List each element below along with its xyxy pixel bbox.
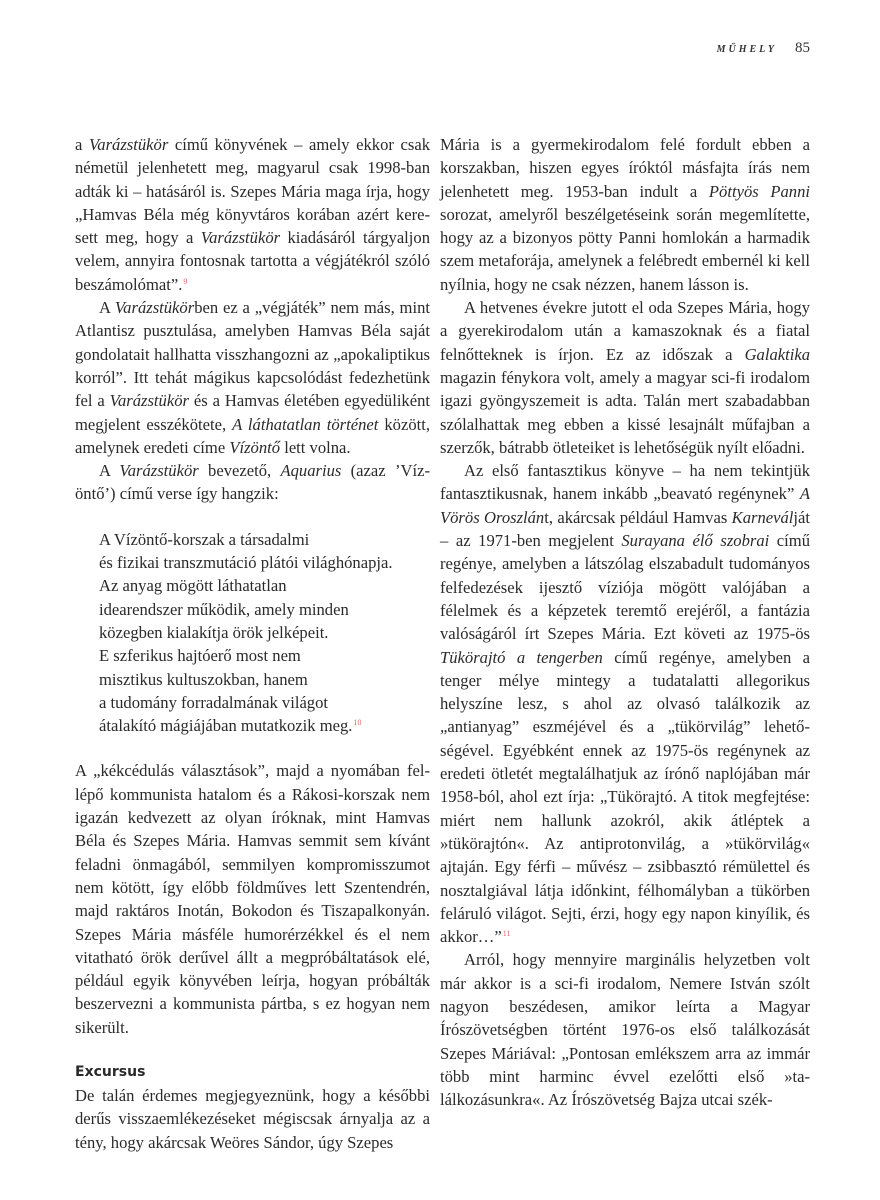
italic-title: Surayana élő szobrai [621,531,769,550]
paragraph: Az első fantasztikus könyve – ha nem tek… [440,459,810,948]
paragraph: A hetvenes évekre jutott el oda Szepes M… [440,296,810,459]
paragraph: A Varázstükör bevezető, Aquarius (azaz ’… [75,459,430,506]
left-column: a Varázstükör című könyvének – amely ekk… [75,133,430,1154]
paragraph: A „kékcédulás választások”, majd a nyomá… [75,759,430,1039]
footnote-marker[interactable]: 10 [353,718,361,727]
paragraph: a Varázstükör című könyvének – amely ekk… [75,133,430,296]
poem-quote: A Vízöntő-korszak a társadalmi és fizika… [99,528,430,738]
right-column: Mária is a gyermekirodalom felé fordult … [440,133,810,1111]
italic-title: Karnevál [732,508,794,527]
subheading: Excursus [75,1061,430,1084]
italic-title: Vízöntő [229,438,280,457]
poem-line: A Vízöntő-korszak a társadalmi [99,528,430,551]
section-title: MŰHELY [717,44,777,55]
paragraph: De talán érdemes megjegyeznünk, hogy a k… [75,1084,430,1154]
italic-title: Varázstükör [119,461,198,480]
italic-title: Varázstükör [89,135,168,154]
paragraph: Arról, hogy mennyire marginális helyzetb… [440,948,810,1111]
poem-line: és fizikai transzmutáció plátói világhón… [99,551,430,574]
footnote-marker[interactable]: 9 [183,277,187,286]
italic-title: Tükörajtó a tengerben [440,648,603,667]
poem-line: E szferikus hajtóerő most nem [99,644,430,667]
poem-line: közegben kialakítja örök jelképeit. [99,621,430,644]
paragraph: A Varázstükörben ez a „végjáték” nem más… [75,296,430,459]
italic-title: Varázstükör [201,228,280,247]
italic-title: A láthatatlan történet [232,415,378,434]
poem-line: idearendszer működik, amely minden [99,598,430,621]
italic-title: Aquarius [280,461,341,480]
running-header: MŰHELY 85 [717,40,810,57]
paragraph: Mária is a gyermekirodalom felé fordult … [440,133,810,296]
poem-line: Az anyag mögött láthatatlan [99,574,430,597]
italic-title: Varázstükör [115,298,194,317]
italic-title: Galaktika [745,345,810,364]
footnote-marker[interactable]: 11 [503,929,511,938]
page-number: 85 [795,40,810,57]
poem-line: átalakító mágiájában mutatkozik meg.10 [99,714,430,737]
italic-title: Pöttyös Panni [709,182,810,201]
italic-title: Varázstükör [110,391,189,410]
poem-line: misztikus kultuszokban, hanem [99,668,430,691]
poem-line: a tudomány forradalmának világot [99,691,430,714]
